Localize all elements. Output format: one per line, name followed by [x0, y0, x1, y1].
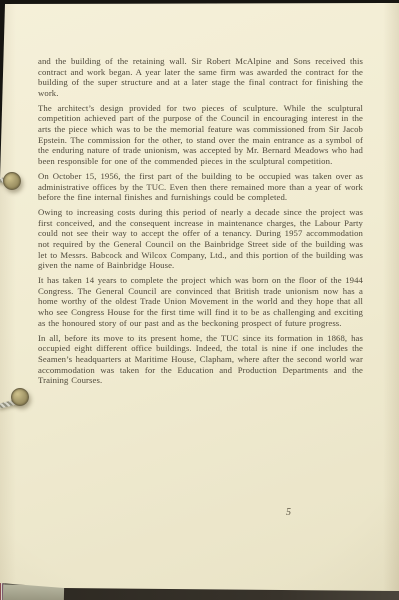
paragraph-fourteen-years: It has taken 14 years to complete the pr… [38, 275, 363, 328]
paragraph-sculpture: The architect’s design provided for two … [38, 103, 363, 167]
page-text: and the building of the retaining wall. … [38, 56, 363, 390]
paragraph-occupation-1956: On October 15, 1956, the first part of t… [38, 171, 363, 203]
scanned-book-photo: and the building of the retaining wall. … [0, 0, 399, 600]
book-page: and the building of the retaining wall. … [0, 0, 399, 600]
grommet-icon [3, 172, 21, 190]
grommet-icon [11, 388, 29, 406]
paragraph-bainbridge-house: Owing to increasing costs during this pe… [38, 207, 363, 271]
paragraph-eight-buildings: In all, before its move to its present h… [38, 333, 363, 386]
page-number: 5 [286, 507, 291, 518]
paragraph-retaining-wall: and the building of the retaining wall. … [38, 56, 363, 98]
